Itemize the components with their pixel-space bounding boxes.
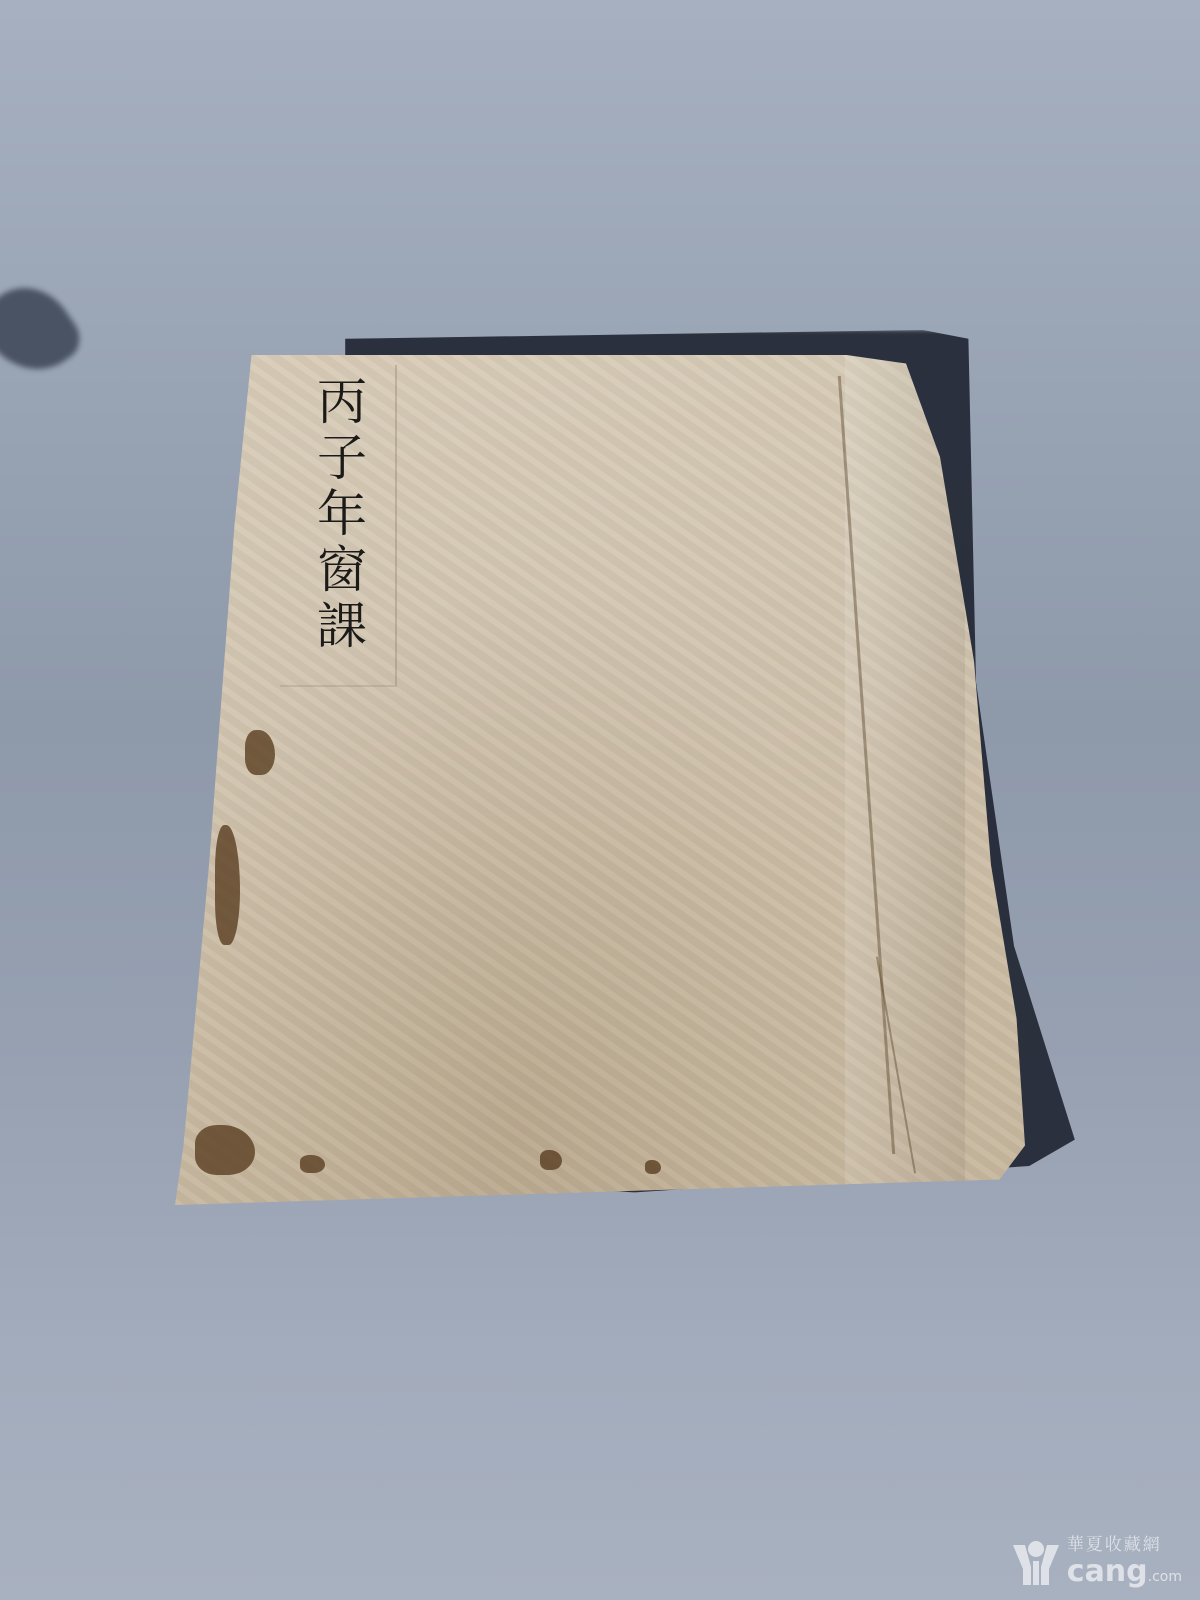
site-watermark: 華夏收藏網 cang.com: [1011, 1536, 1182, 1588]
damage-stain: [645, 1160, 661, 1174]
watermark-chinese: 華夏收藏網: [1067, 1536, 1182, 1555]
book-title: 丙子年窗課: [303, 375, 373, 655]
photo-scene: 丙子年窗課 華夏收藏網 cang.com: [0, 0, 1200, 1600]
damage-stain: [540, 1150, 562, 1170]
damage-stain: [245, 730, 275, 775]
antique-book: 丙子年窗課: [175, 355, 1025, 1205]
stray-shadow: [0, 270, 89, 390]
watermark-brand: cang.com: [1067, 1555, 1182, 1588]
cang-logo-icon: [1011, 1537, 1061, 1587]
damage-stain: [300, 1155, 325, 1173]
damage-stain: [195, 1125, 255, 1175]
